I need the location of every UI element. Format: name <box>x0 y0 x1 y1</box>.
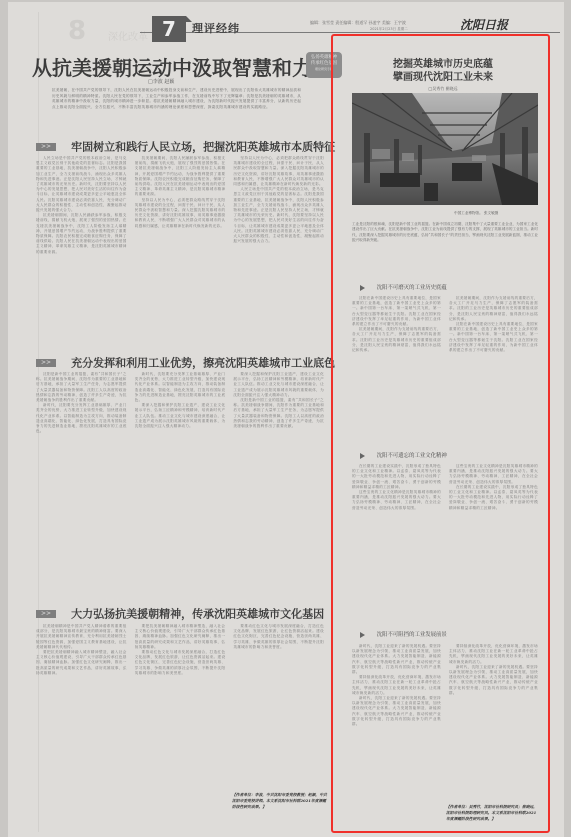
text-column: 抗美援朝期间，沈阳人民踊跃参军参战，积极支援前线，捐献飞机大炮，展现了强烈的爱国… <box>135 156 226 338</box>
text-column: 沈阳在新中国建设历史上具有重要地位，是国家重要的工业基地，创造了新中国工业史上众… <box>352 296 441 440</box>
section-name: 理评经纬 <box>192 20 240 36</box>
text-column: 这些宝贵的工业文化精神是沈阳英雄城市精神的重要内涵，是推动沈阳振兴发展的强大动力… <box>449 464 538 620</box>
paragraph: 坚持以人民为中心，必须把群众路线贯穿于沈阳英雄城市建设的全过程，问需于民、问计于… <box>135 198 226 229</box>
section-1-columns: 人民立场是中国共产党的根本政治立场，是马克思主义政党区别于其他政党的显著标志。沈… <box>36 156 324 338</box>
paragraph: 在长期的工业建设实践中，沈阳形成了独具特色的工业文化和工业精神。以孟泰、尉凤英等… <box>352 464 441 490</box>
title-line-2: 擘画现代沈阳工业未来 <box>342 71 544 84</box>
factory-hall-photo <box>352 93 538 205</box>
right-subheading-2: 沈阳不可遗忘的工业文化精神 <box>360 451 447 459</box>
paragraph: 要持续深化改革开放，优化营商环境，激发市场主体活力，推动沈阳工业在新一轮工业革命… <box>449 644 538 665</box>
section-2-columns: 沈阳是新中国工业的摇篮，素有“共和国长子”之称。抗美援朝战争期间，沈阳作为重要的… <box>36 372 324 594</box>
double-chevron-icon: >> <box>36 143 56 151</box>
paragraph: 要深入挖掘和保护沈阳工业遗产，建设工业文化展示平台，弘扬工匠精神和劳模精神，培育… <box>233 372 324 398</box>
text-column: 抗美援朝精神是中国共产党人精神谱系的重要组成部分，是沈阳英雄城市最宝贵的精神财富… <box>36 624 127 829</box>
paragraph: 抗美援朝期间，沈阳作为支援前线的重要后方，各大工厂开足马力生产，保障了志愿军的装… <box>449 296 538 322</box>
paragraph: 沈阳在新中国建设历史上具有重要地位，是国家重要的工业基地，创造了新中国工业史上众… <box>352 296 441 327</box>
newspaper-masthead: 沈阳日报 <box>460 16 508 33</box>
right-article-byline: □吴秀竹 崔晓远 <box>342 86 544 92</box>
text-column: 新时代，沈阳要充分发挥工业基础雄厚、产业门类齐全的优势，大力推进工业转型升级，加… <box>135 372 226 594</box>
main-article-intro: 抗美援朝，在中国共产党的领导下，沈阳人民在抗美援朝运动中积极投身支前和生产，建设… <box>52 88 302 110</box>
author-note: 【作者单位：李波，中共沈阳市委党校教授；赵颖，中共沈阳市委党校讲师。本文系沈阳市… <box>232 792 328 810</box>
column-badge: 弘扬英雄精神 传承红色基因 理论研究专版 <box>306 52 342 78</box>
text-column: 沈阳是新中国工业的摇篮，素有“共和国长子”之称。抗美援朝战争期间，沈阳作为重要的… <box>36 372 127 594</box>
double-chevron-icon: >> <box>36 610 56 618</box>
right-section-3-columns: 新时代，沈阳工业迎来了新的发展机遇。要坚持以新发展理念为引领，推动工业高质量发展… <box>352 644 538 824</box>
right-article-lead: 工业是沈阳的根和魂，沈阳是新中国工业的摇篮。在新中国成立初期，沈阳集中了大量重要… <box>352 222 538 244</box>
right-section-1-columns: 沈阳在新中国建设历史上具有重要地位，是国家重要的工业基地，创造了新中国工业史上众… <box>352 296 538 440</box>
paragraph: 要推动红色文化与城市发展深度融合，打造红色文化品牌，发展红色旅游，让红色资源活起… <box>233 624 324 650</box>
subheading-text: 沈阳不可遗忘的工业文化精神 <box>377 453 447 459</box>
subheading-text: 沈阳不可阻挡的工业发展前景 <box>377 632 447 638</box>
right-article-title: 挖掘英雄城市历史底蕴 擘画现代沈阳工业未来 <box>342 58 544 84</box>
text-column: 坚持以人民为中心，必须把群众路线贯穿于沈阳英雄城市建设的全过程，问需于民、问计于… <box>233 156 324 338</box>
paragraph: 新时代，沈阳要充分发挥工业基础雄厚、产业门类齐全的优势，大力推进工业转型升级，加… <box>36 403 127 434</box>
right-section-2-columns: 在长期的工业建设实践中，沈阳形成了独具特色的工业文化和工业精神。以孟泰、尉凤英等… <box>352 464 538 620</box>
paragraph: 这些宝贵的工业文化精神是沈阳英雄城市精神的重要内涵，是推动沈阳振兴发展的强大动力… <box>449 464 538 485</box>
paragraph: 抗美援朝期间，沈阳人民踊跃参军参战，积极支援前线，捐献飞机大炮，展现了强烈的爱国… <box>36 213 127 255</box>
triangle-bullet-icon <box>360 285 365 291</box>
paragraph: 人民立场是中国共产党的根本政治立场，是马克思主义政党区别于其他政党的显著标志。沈… <box>233 187 324 244</box>
main-article-byline: □李波 赵颖 <box>148 78 174 85</box>
section-heading-text: 牢固树立和践行人民立场，把握沈阳英雄城市本质特征 <box>71 141 335 154</box>
paragraph: 新时代，沈阳工业迎来了新的发展机遇。要坚持以新发展理念为引领，推动工业高质量发展… <box>352 644 441 675</box>
paragraph: 新时代，沈阳要充分发挥工业基础雄厚、产业门类齐全的优势，大力推进工业转型升级，加… <box>135 372 226 403</box>
main-article-title: 从抗美援朝运动中汲取智慧和力量 <box>32 52 332 81</box>
text-column: 要把抗美援朝精神融入城市精神塑造，融入社会主义核心价值观建设，引导广大干部群众传… <box>135 624 226 829</box>
ghost-page-number: 8 <box>68 16 86 46</box>
text-column: 人民立场是中国共产党的根本政治立场，是马克思主义政党区别于其他政党的显著标志。沈… <box>36 156 127 338</box>
text-column: 在长期的工业建设实践中，沈阳形成了独具特色的工业文化和工业精神。以孟泰、尉凤英等… <box>352 464 441 620</box>
paragraph: 新时代，沈阳工业迎来了新的发展机遇。要坚持以新发展理念为引领，推动工业高质量发展… <box>449 665 538 696</box>
industrial-hall-image <box>352 93 538 205</box>
photo-caption: 中国工业博物馆。 张文敏摄 <box>454 211 498 216</box>
paragraph: 沈阳在新中国建设历史上具有重要地位，是国家重要的工业基地，创造了新中国工业史上众… <box>449 322 538 353</box>
paragraph: 沈阳是新中国工业的摇篮，素有“共和国长子”之称。抗美援朝战争期间，沈阳作为重要的… <box>233 398 324 429</box>
right-author-note: 【作者单位：吴秀竹，沈阳市社科院研究员；崔晓远，沈阳市社科院助理研究员。本文系沈… <box>446 804 538 822</box>
double-chevron-icon: >> <box>36 359 56 367</box>
text-column: 要深入挖掘和保护沈阳工业遗产，建设工业文化展示平台，弘扬工匠精神和劳模精神，培育… <box>233 372 324 594</box>
paragraph: 要推动红色文化与城市发展深度融合，打造红色文化品牌，发展红色旅游，让红色资源活起… <box>135 650 226 676</box>
paragraph: 要把抗美援朝精神融入城市精神塑造，融入社会主义核心价值观建设，引导广大干部群众传… <box>135 624 226 650</box>
paragraph: 要持续深化改革开放，优化营商环境，激发市场主体活力，推动沈阳工业在新一轮工业革命… <box>352 675 441 696</box>
text-column: 抗美援朝期间，沈阳作为支援前线的重要后方，各大工厂开足马力生产，保障了志愿军的装… <box>449 296 538 440</box>
paragraph: 人民立场是中国共产党的根本政治立场，是马克思主义政党区别于其他政党的显著标志。沈… <box>36 156 127 213</box>
subheading-text: 沈阳不可磨灭的工业历史底蕴 <box>377 285 447 291</box>
paragraph: 要深入挖掘和保护沈阳工业遗产，建设工业文化展示平台，弘扬工匠精神和劳模精神，培育… <box>135 403 226 429</box>
paragraph: 抗美援朝期间，沈阳人民踊跃参军参战，积极支援前线，捐献飞机大炮，展现了强烈的爱国… <box>135 156 226 198</box>
paragraph: 抗美援朝期间，沈阳作为支援前线的重要后方，各大工厂开足马力生产，保障了志愿军的装… <box>352 327 441 353</box>
section-heading-2: >> 充分发挥和利用工业优势，擦亮沈阳英雄城市工业底色 <box>36 352 335 364</box>
paragraph: 新时代，沈阳工业迎来了新的发展机遇。要坚持以新发展理念为引领，推动工业高质量发展… <box>352 696 441 727</box>
paragraph: 沈阳是新中国工业的摇篮，素有“共和国长子”之称。抗美援朝战争期间，沈阳作为重要的… <box>36 372 127 403</box>
section-heading-1: >> 牢固树立和践行人民立场，把握沈阳英雄城市本质特征 <box>36 136 335 148</box>
paragraph: 这些宝贵的工业文化精神是沈阳英雄城市精神的重要内涵，是推动沈阳振兴发展的强大动力… <box>352 490 441 511</box>
triangle-bullet-icon <box>360 453 365 459</box>
section-heading-text: 大力弘扬抗美援朝精神，传承沈阳英雄城市文化基因 <box>71 608 324 621</box>
right-subheading-1: 沈阳不可磨灭的工业历史底蕴 <box>360 283 447 291</box>
section-heading-text: 充分发挥和利用工业优势，擦亮沈阳英雄城市工业底色 <box>71 357 335 370</box>
section-heading-3: >> 大力弘扬抗美援朝精神，传承沈阳英雄城市文化基因 <box>36 603 324 615</box>
paragraph: 要把抗美援朝精神融入城市精神塑造，融入社会主义核心价值观建设，引导广大干部群众传… <box>36 650 127 676</box>
title-line-1: 挖掘英雄城市历史底蕴 <box>342 58 544 71</box>
paragraph: 坚持以人民为中心，必须把群众路线贯穿于沈阳英雄城市建设的全过程，问需于民、问计于… <box>233 156 324 187</box>
page-header: 7 理评经纬 编辑：张雪莹 责任编辑：殷道罕 孙凌宇 美编：王宇波 2021年2… <box>130 12 550 42</box>
badge-line-3: 理论研究专版 <box>306 67 342 72</box>
triangle-bullet-icon <box>360 632 365 638</box>
editor-credits: 编辑：张雪莹 责任编辑：殷道罕 孙凌宇 美编：王宇波 <box>310 20 406 26</box>
text-column: 要持续深化改革开放，优化营商环境，激发市场主体活力，推动沈阳工业在新一轮工业革命… <box>449 644 538 824</box>
publication-date: 2021年2月23日 星期二 <box>370 27 408 32</box>
paragraph: 在长期的工业建设实践中，沈阳形成了独具特色的工业文化和工业精神。以孟泰、尉凤英等… <box>449 485 538 511</box>
paragraph: 抗美援朝精神是中国共产党人精神谱系的重要组成部分，是沈阳英雄城市最宝贵的精神财富… <box>36 624 127 650</box>
page-number: 7 <box>152 16 186 42</box>
right-subheading-3: 沈阳不可阻挡的工业发展前景 <box>360 630 447 638</box>
text-column: 新时代，沈阳工业迎来了新的发展机遇。要坚持以新发展理念为引领，推动工业高质量发展… <box>352 644 441 824</box>
